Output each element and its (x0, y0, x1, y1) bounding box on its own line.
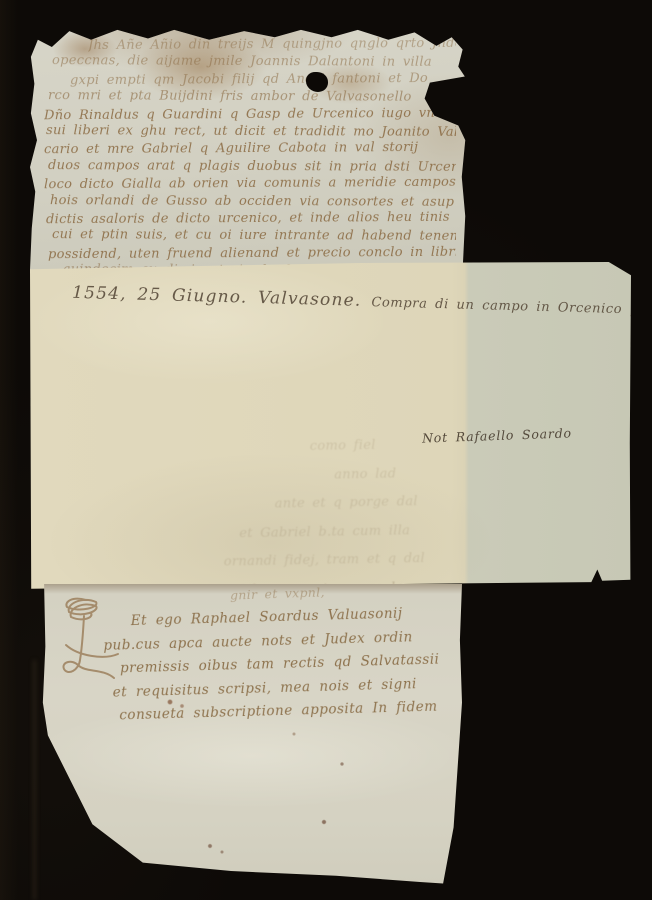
manuscript-line: cario et mre Gabriel q Aguilire Cabota i… (44, 139, 456, 159)
top-parchment: Jhs Añe Añio din treijs M quingjno qnglo… (30, 25, 467, 270)
ghost-line: como fiel (310, 429, 514, 461)
archivist-note-sheet: 1554, 25 Giugno. Valvasone.Compra di un … (30, 262, 631, 592)
manuscript-line: opeccnas, die aijame jmile Joannis Dalan… (52, 53, 456, 72)
worm-hole (306, 72, 328, 92)
note-subject: Compra di un campo in Orcenico per lire … (371, 295, 652, 320)
manuscript-line: loco dicto Gialla ab orien via comunis a… (44, 174, 456, 194)
manuscript-line: cui et ptin suis, et cu oi iure intrante… (52, 227, 456, 246)
archive-photo: Jhs Añe Añio din treijs M quingjno qnglo… (0, 0, 652, 900)
manuscript-line-partial: gnir et vxpnl, (230, 583, 325, 604)
backing-cloth-crease (33, 660, 36, 900)
note-date: 1554, 25 Giugno. Valvasone. (72, 283, 362, 311)
ghost-line: anno lad (334, 458, 514, 490)
manuscript-line: Dño Rinaldus q Guardini q Gasp de Urceni… (44, 104, 456, 124)
manuscript-line: rco mri et pta Buijdini fris ambor de Va… (48, 87, 456, 106)
show-through-text: como fiel anno lad ante et q porge dal e… (214, 429, 517, 605)
manuscript-line: hois orlandi de Gusso ab occiden via con… (50, 192, 456, 211)
manuscript-line: gxpi empti qm Jacobi filij qd Andri fant… (70, 70, 456, 90)
notarial-subscription-block: Et ego Raphael Soardus Valuasonij pub.cu… (102, 601, 455, 729)
bottom-parchment: gnir et vxpnl, Et ego Raphael Soardus Va… (42, 584, 462, 896)
ghost-line: ante et q porge dal (275, 486, 515, 519)
manuscript-text-block: Jhs Añe Añio din treijs M quingjno qnglo… (44, 36, 456, 280)
archivist-note: 1554, 25 Giugno. Valvasone.Compra di un … (72, 283, 652, 321)
